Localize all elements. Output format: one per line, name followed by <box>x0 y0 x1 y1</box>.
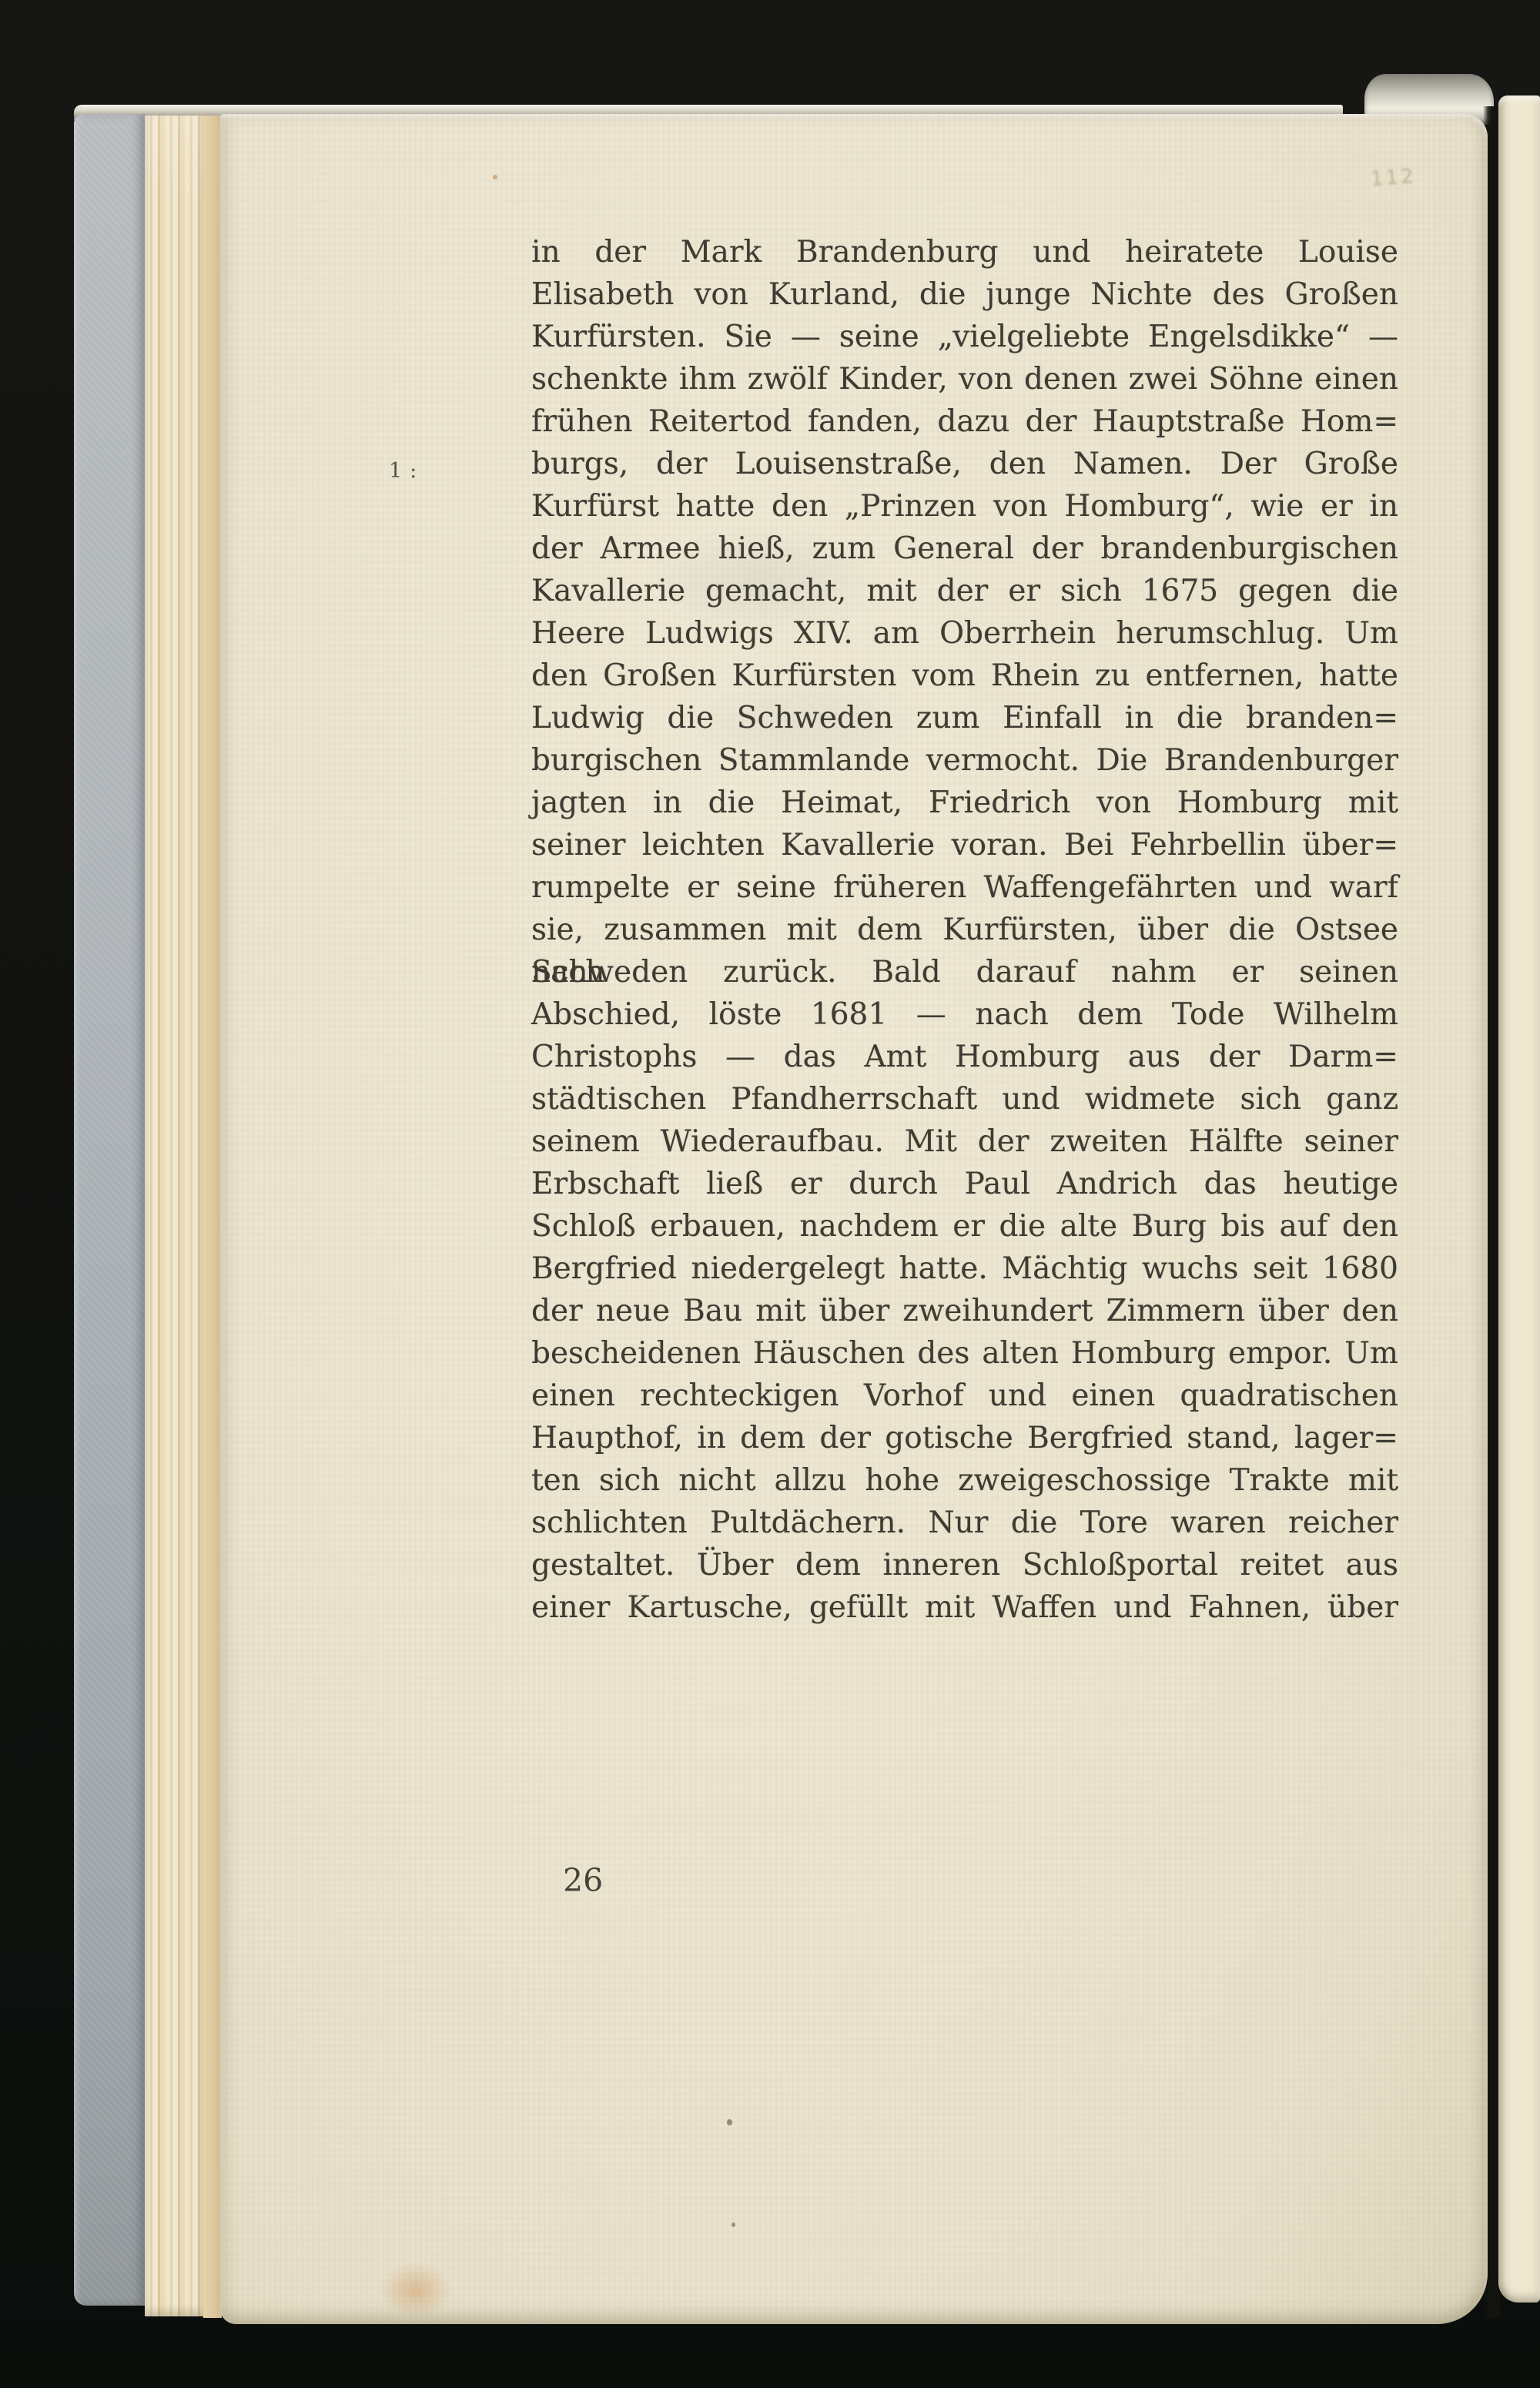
text-line: seinem Wiederaufbau. Mit der zweiten Häl… <box>531 1120 1398 1163</box>
ink-mark: 1: <box>389 459 424 483</box>
text-line: Kurfürsten. Sie — seine „vielgeliebte En… <box>531 316 1398 358</box>
text-block: in der Mark Brandenburg und heiratete Lo… <box>531 231 1398 1629</box>
text-line: Haupthof, in dem der gotische Bergfried … <box>531 1417 1398 1459</box>
page-edge-tan-band <box>203 116 222 2318</box>
book-cover-edge <box>74 114 145 2306</box>
text-line: Elisabeth von Kurland, die junge Nichte … <box>531 273 1398 316</box>
pencil-mark: 112 <box>1370 165 1417 191</box>
text-line: burgischen Stammlande vermocht. Die Bran… <box>531 739 1398 782</box>
speck <box>731 2222 735 2227</box>
text-line: Kavallerie gemacht, mit der er sich 1675… <box>531 570 1398 612</box>
text-line: Abschied, löste 1681 — nach dem Tode Wil… <box>531 993 1398 1036</box>
text-line: ten sich nicht allzu hohe zweigeschossig… <box>531 1459 1398 1502</box>
text-line: schlichten Pultdächern. Nur die Tore war… <box>531 1502 1398 1544</box>
text-line: Kurfürst hatte den „Prinzen von Homburg“… <box>531 485 1398 528</box>
page-edges-fanned <box>145 116 203 2316</box>
text-line: einen rechteckigen Vorhof und einen quad… <box>531 1375 1398 1417</box>
text-line: seiner leichten Kavallerie voran. Bei Fe… <box>531 824 1398 866</box>
text-line: Heere Ludwigs XIV. am Oberrhein herumsch… <box>531 612 1398 655</box>
stain <box>379 2262 453 2318</box>
text-line: der neue Bau mit über zweihundert Zimmer… <box>531 1290 1398 1332</box>
next-page-edge <box>1498 95 1540 2303</box>
text-line: Christophs — das Amt Homburg aus der Dar… <box>531 1036 1398 1078</box>
text-line: Bergfried niedergelegt hatte. Mächtig wu… <box>531 1248 1398 1290</box>
scanned-book-photo: in der Mark Brandenburg und heiratete Lo… <box>0 0 1540 2388</box>
text-line: burgs, der Louisenstraße, den Namen. Der… <box>531 443 1398 485</box>
text-line: frühen Reitertod fanden, dazu der Haupts… <box>531 400 1398 443</box>
speck <box>493 175 497 179</box>
speck <box>727 2119 732 2125</box>
text-line: Ludwig die Schweden zum Einfall in die b… <box>531 697 1398 739</box>
text-line: gestaltet. Über dem inneren Schloßportal… <box>531 1544 1398 1586</box>
text-line: schenkte ihm zwölf Kinder, von denen zwe… <box>531 358 1398 400</box>
text-line: sie, zusammen mit dem Kurfürsten, über d… <box>531 909 1398 951</box>
text-line: Erbschaft ließ er durch Paul Andrich das… <box>531 1163 1398 1205</box>
text-line: bescheidenen Häuschen des alten Homburg … <box>531 1332 1398 1375</box>
text-line: jagten in die Heimat, Friedrich von Homb… <box>531 782 1398 824</box>
page-number: 26 <box>563 1862 603 1899</box>
text-line: in der Mark Brandenburg und heiratete Lo… <box>531 231 1398 273</box>
text-line: rumpelte er seine früheren Waffengefährt… <box>531 866 1398 909</box>
text-line: einer Kartusche, gefüllt mit Waffen und … <box>531 1586 1398 1629</box>
text-line: Schloß erbauen, nachdem er die alte Burg… <box>531 1205 1398 1248</box>
text-line: den Großen Kurfürsten vom Rhein zu entfe… <box>531 655 1398 697</box>
text-line: Schweden zurück. Bald darauf nahm er sei… <box>531 951 1398 993</box>
text-line: der Armee hieß, zum General der brandenb… <box>531 528 1398 570</box>
text-line: städtischen Pfandherrschaft und widmete … <box>531 1078 1398 1120</box>
